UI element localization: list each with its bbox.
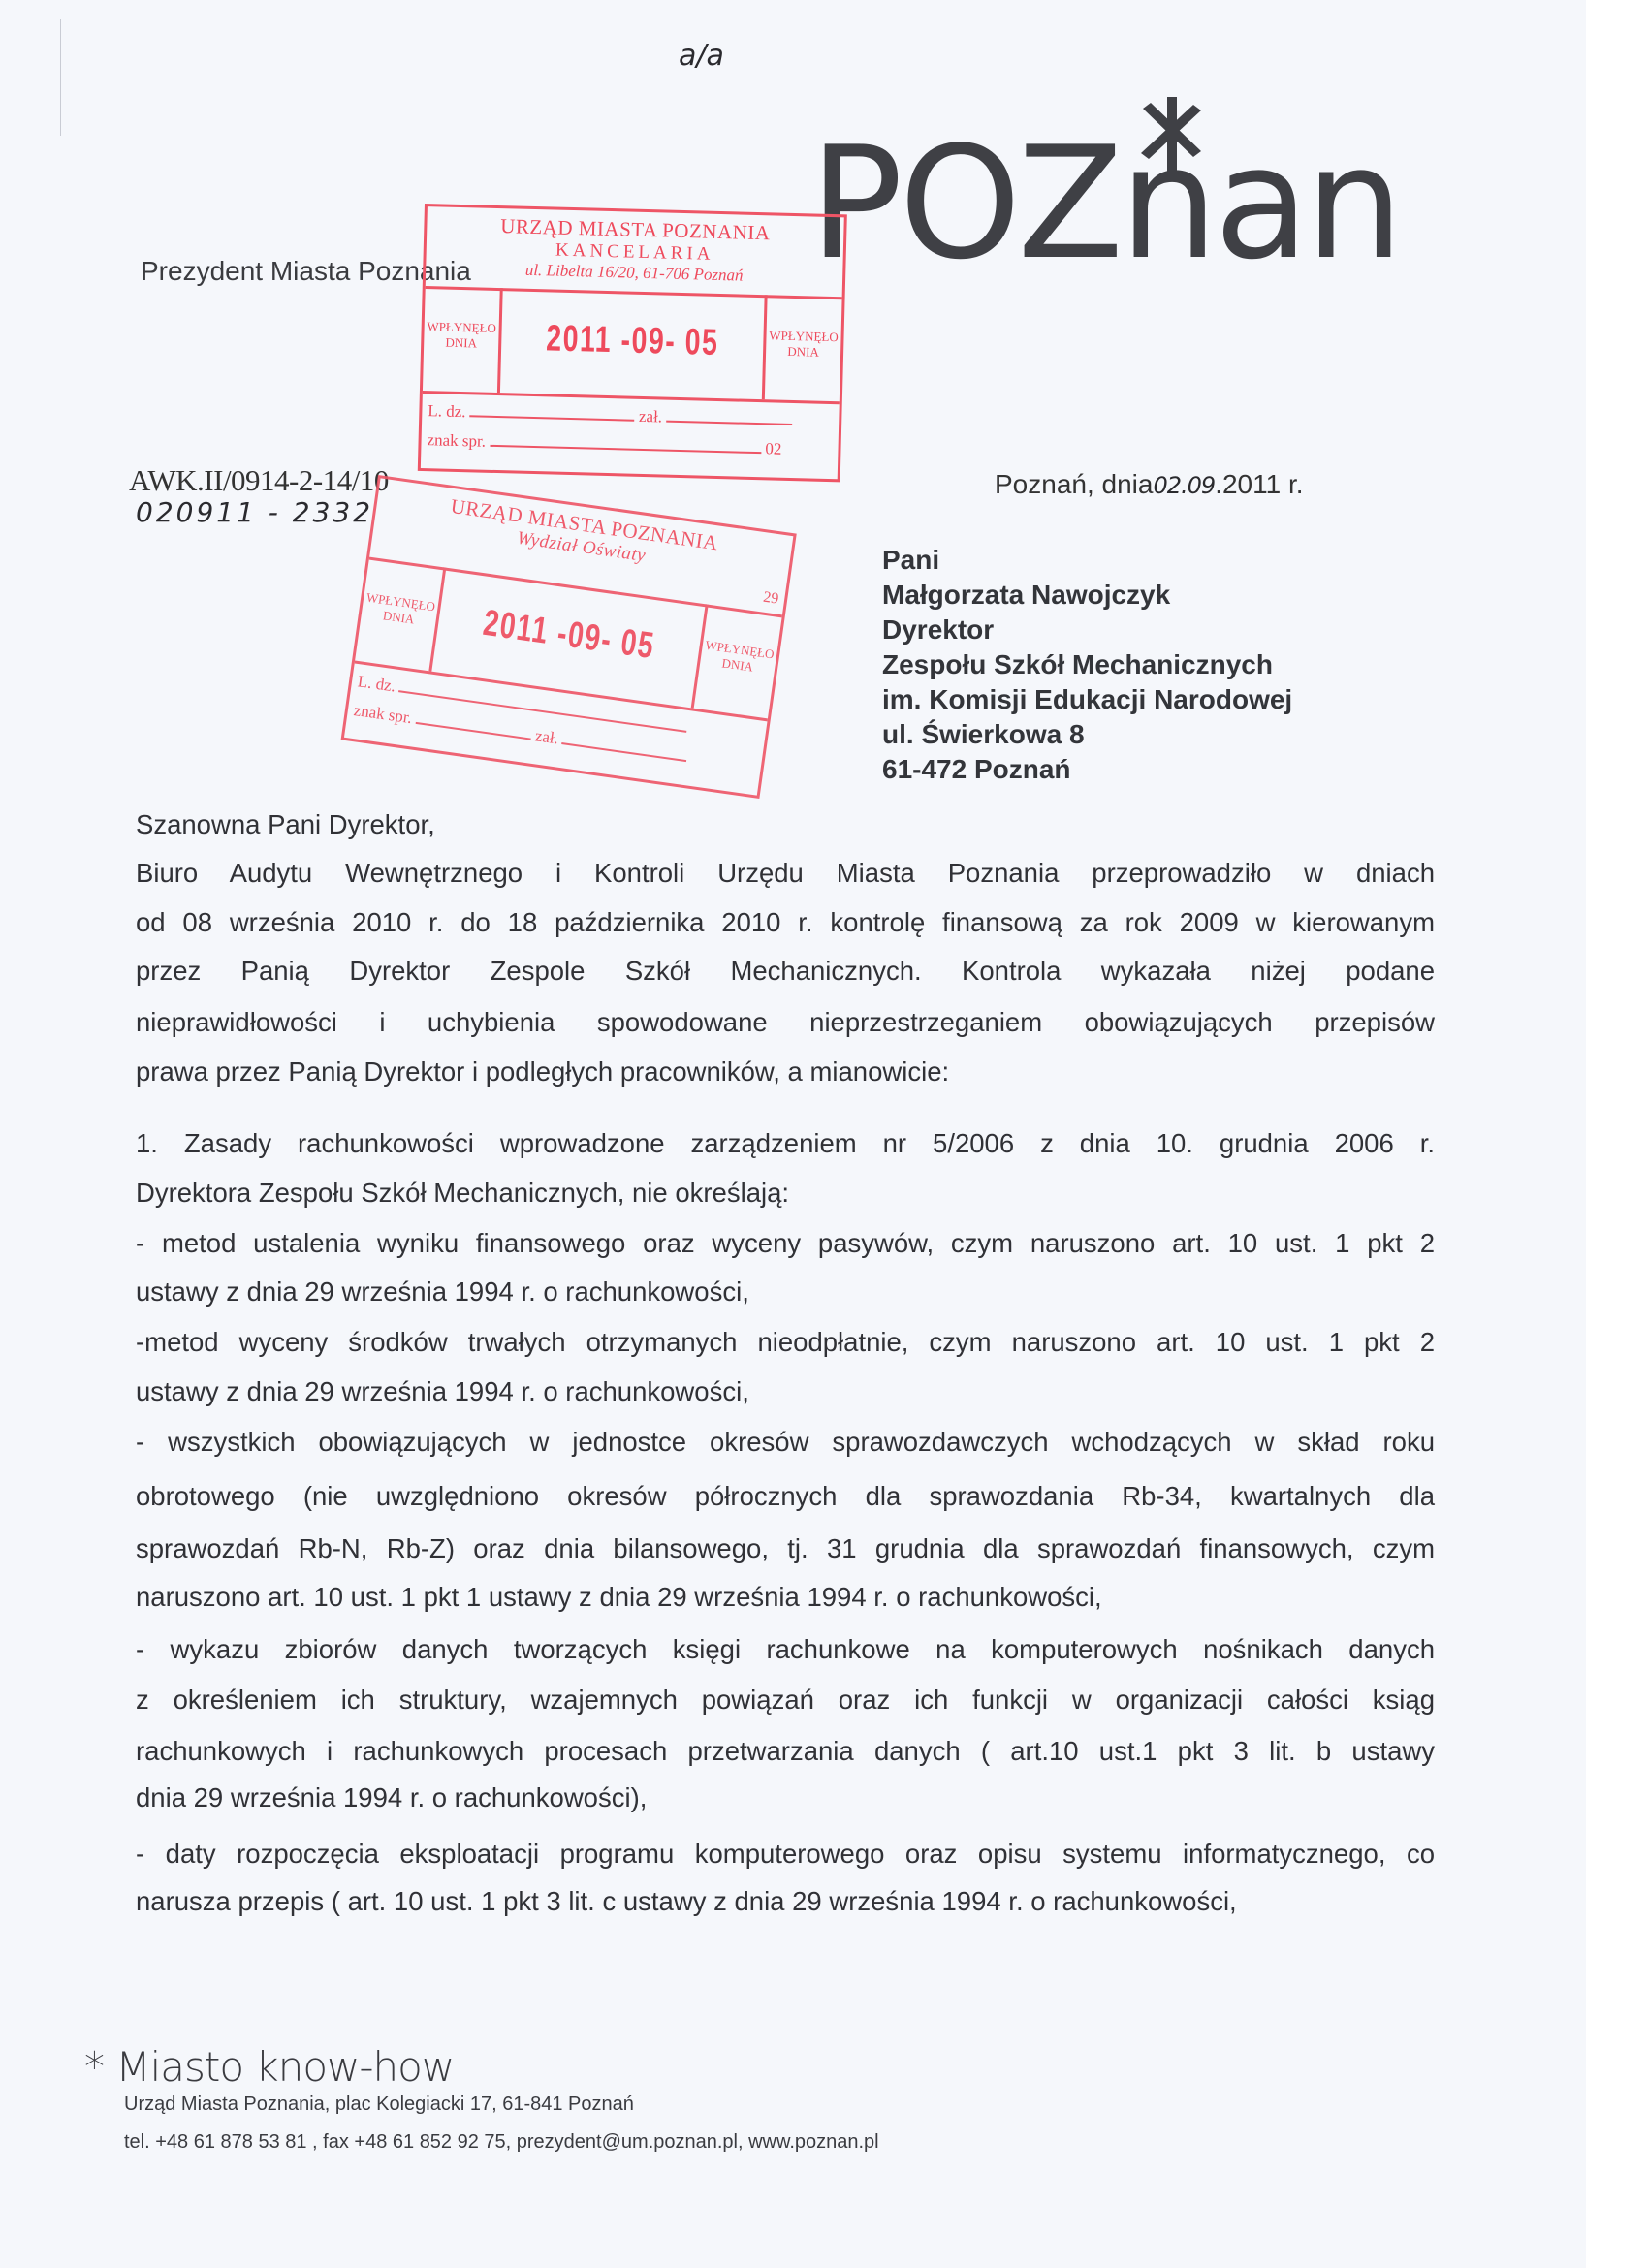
body-line: rachunkowych i rachunkowych procesach pr… [136,1736,1435,1767]
addressee-institution: Zespołu Szkół Mechanicznych [882,647,1292,682]
body-line: Biuro Audytu Wewnętrznego i Kontroli Urz… [136,858,1435,889]
body-line: z określeniem ich struktury, wzajemnych … [136,1685,1435,1716]
body-line: ustawy z dnia 29 września 1994 r. o rach… [136,1276,1435,1307]
footer-contact: tel. +48 61 878 53 81 , fax +48 61 852 9… [124,2131,879,2154]
addressee-block: Pani Małgorzata Nawojczyk Dyrektor Zespo… [882,543,1292,787]
logo-text-upper: POZ [809,112,1120,294]
body-line: naruszono art. 10 ust. 1 pkt 1 ustawy z … [136,1582,1435,1613]
addressee-institution-name: im. Komisji Edukacji Narodowej [882,682,1292,717]
stamp-received-label: WPŁYNĘŁO DNIA [762,295,842,401]
reference-number: AWK.II/0914-2-14/10 [129,463,389,498]
list-item: - daty rozpoczęcia eksploatacji programu… [136,1839,1435,1870]
body-line: Dyrektora Zespołu Szkół Mechanicznych, n… [136,1178,1435,1209]
received-stamp-chancellery: URZĄD MIASTA POZNANIA KANCELARIA ul. Lib… [418,204,847,482]
stamp-ldz-label: L. dz. [357,672,396,695]
stamp-zal-label: zał. [639,407,663,426]
body-line: obrotowego (nie uwzględniono okresów pół… [136,1481,1435,1512]
list-item-heading: 1. Zasady rachunkowości wprowadzone zarz… [136,1128,1435,1159]
stamp-number: 29 [762,589,779,609]
addressee-position: Dyrektor [882,613,1292,647]
body-line: sprawozdań Rb-N, Rb-Z) oraz dnia bilanso… [136,1533,1435,1564]
stamp-header: URZĄD MIASTA POZNANIA KANCELARIA ul. Lib… [426,206,844,299]
list-item: -metod wyceny środków trwałych otrzymany… [136,1327,1435,1358]
addressee-street: ul. Świerkowa 8 [882,717,1292,752]
date-prefix: Poznań, dnia [995,469,1153,499]
list-item: - wszystkich obowiązujących w jednostce … [136,1427,1435,1458]
body-line: dnia 29 września 1994 r. o rachunkowości… [136,1782,1435,1813]
stamp-znak-label: znak spr. [353,701,413,727]
body-line: nieprawidłowości i uchybienia spowodowan… [136,1007,1435,1038]
list-item: - wykazu zbiorów danych tworzących księg… [136,1634,1435,1665]
scan-artifact-mark [60,19,67,136]
body-line: od 08 września 2010 r. do 18 październik… [136,907,1435,938]
stamp-footer: L. dz. zał. znak spr. 02 [427,396,833,465]
date-suffix: 2011 r. [1222,469,1304,499]
stamp-zal-label: zał. [534,726,559,747]
stamp-date: 2011 -09- 05 [537,318,729,364]
poznan-logo: POZnan [809,126,1400,281]
asterisk-icon [1139,97,1205,189]
handwritten-registry-number: 020911 - 2332 [136,496,373,528]
scanned-page: a/a POZnan Prezydent Miasta Poznania URZ… [0,0,1586,2268]
stamp-received-label: WPŁYNĘŁO DNIA [423,286,503,393]
body-line: przez Panią Dyrektor Zespole Szkół Mecha… [136,956,1435,987]
stamp-ldz-label: L. dz. [428,401,466,421]
stamp-znak-label: znak spr. [427,430,486,451]
body-line: prawa przez Panią Dyrektor i podległych … [136,1056,1435,1087]
footer-tagline: * Miasto know-how [84,2043,454,2091]
handwritten-note: a/a [679,39,724,73]
addressee-line: Pani [882,543,1292,578]
stamp-received-label: WPŁYNĘŁO DNIA [355,557,446,672]
letter-date: Poznań, dnia02.09.2011 r. [995,469,1304,500]
footer-address: Urząd Miasta Poznania, plac Kolegiacki 1… [124,2094,634,2116]
received-stamp-education-dept: URZĄD MIASTA POZNANIA Wydział Oświaty 29… [341,475,797,799]
sender-title: Prezydent Miasta Poznania [141,256,471,287]
list-item: - metod ustalenia wyniku finansowego ora… [136,1228,1435,1259]
stamp-number: 02 [765,439,781,457]
stamp-received-label: WPŁYNĘŁO DNIA [691,604,782,718]
body-line: narusza przepis ( art. 10 ust. 1 pkt 3 l… [136,1886,1435,1917]
body-line: ustawy z dnia 29 września 1994 r. o rach… [136,1376,1435,1407]
handwritten-date: 02.09 [1153,472,1215,499]
addressee-city: 61-472 Poznań [882,752,1292,787]
salutation: Szanowna Pani Dyrektor, [136,809,1435,840]
stamp-date: 2011 -09- 05 [472,602,667,670]
addressee-name: Małgorzata Nawojczyk [882,578,1292,613]
stamp-date-row: WPŁYNĘŁO DNIA 2011 -09- 05 WPŁYNĘŁO DNIA [423,286,842,404]
